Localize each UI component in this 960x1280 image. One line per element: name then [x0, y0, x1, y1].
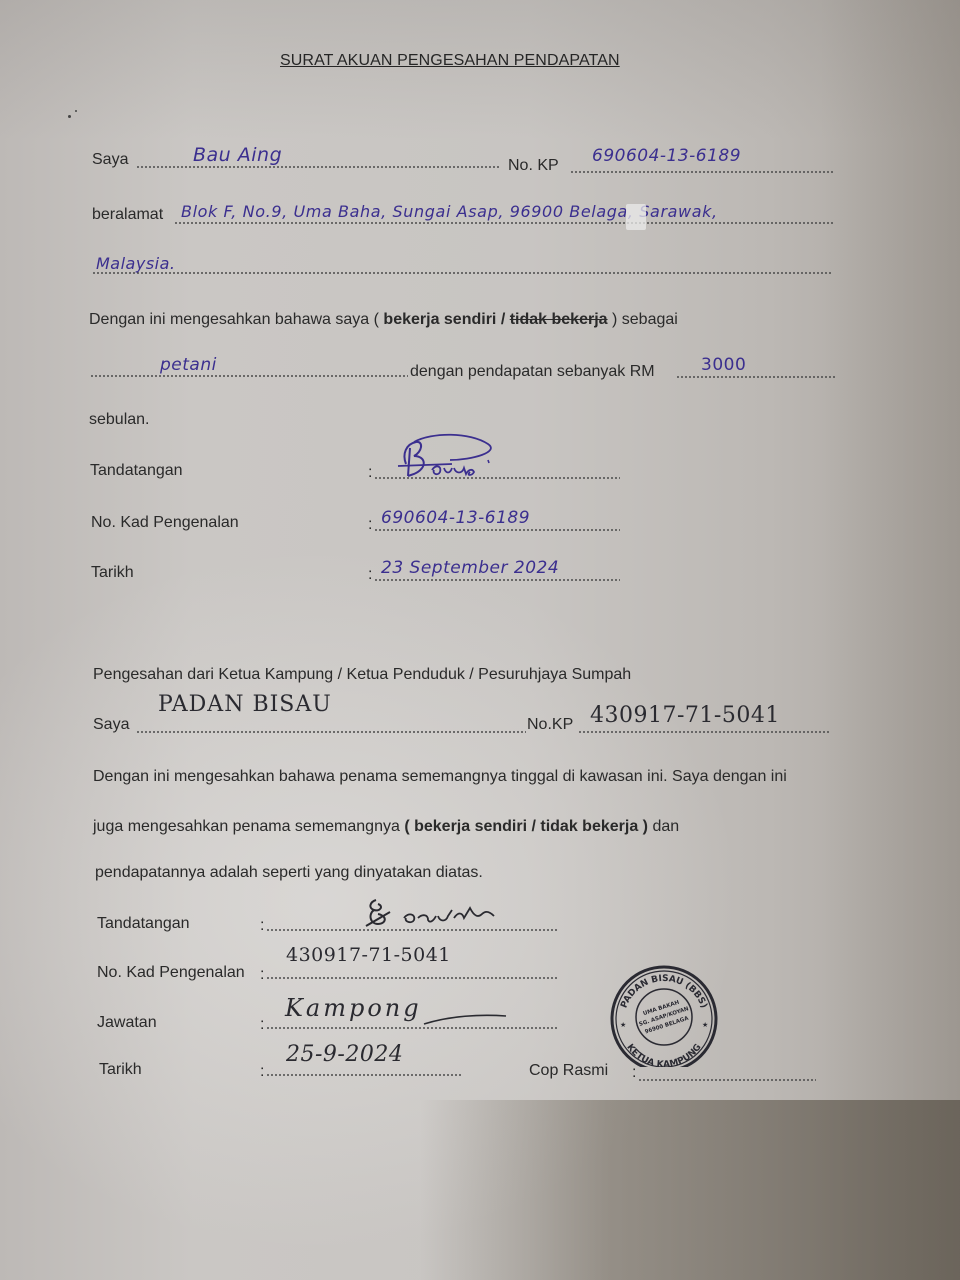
document-title: SURAT AKUAN PENGESAHAN PENDAPATAN — [280, 52, 620, 70]
verifier-kp-field[interactable]: 430917-71-5041 — [590, 703, 780, 728]
declaration-suffix: ) sebagai — [612, 311, 678, 328]
applicant-name-line — [136, 166, 500, 168]
applicant-saya-label: Saya — [92, 151, 128, 169]
verifier-saya-label: Saya — [93, 716, 129, 734]
verifier-signature-field[interactable] — [360, 896, 510, 932]
colon: : — [368, 516, 372, 534]
applicant-ic-label: No. Kad Pengenalan — [91, 514, 239, 532]
verifier-kp-line — [578, 731, 830, 733]
verifier-date-field[interactable]: 25-9-2024 — [286, 1042, 403, 1067]
verifier-ic-label: No. Kad Pengenalan — [97, 964, 245, 982]
applicant-kp-field[interactable]: 690604-13-6189 — [592, 146, 741, 166]
applicant-ic-field[interactable]: 690604-13-6189 — [381, 508, 530, 528]
lighting-shade-top — [0, 0, 960, 140]
applicant-signature-field[interactable] — [392, 430, 502, 486]
income-line — [676, 376, 836, 378]
para2-prefix: juga mengesahkan penama sememangnya — [93, 818, 400, 835]
option-self-employed[interactable]: bekerja sendiri — [383, 311, 496, 328]
applicant-date-line — [374, 579, 620, 581]
verifier-employment-options[interactable]: ( bekerja sendiri / tidak bekerja ) — [404, 818, 648, 835]
applicant-address-line2 — [92, 272, 832, 274]
ink-smudge — [68, 110, 80, 120]
correction-fluid-mark — [626, 204, 646, 230]
stamp-star-right: ★ — [702, 1021, 708, 1029]
verifier-heading: Pengesahan dari Ketua Kampung / Ketua Pe… — [93, 666, 631, 684]
option-separator: / — [496, 311, 509, 328]
verifier-name-line — [136, 731, 526, 733]
applicant-name-field[interactable]: Bau Aing — [193, 144, 282, 166]
per-month-label: sebulan. — [89, 411, 150, 429]
verifier-position-line — [266, 1027, 558, 1029]
verifier-date-label: Tarikh — [99, 1061, 142, 1079]
income-label: dengan pendapatan sebanyak RM — [410, 363, 655, 381]
pen-stroke-flourish — [420, 1010, 510, 1030]
verifier-paragraph-1: Dengan ini mengesahkan bahawa penama sem… — [93, 768, 787, 786]
applicant-date-label: Tarikh — [91, 564, 134, 582]
verifier-ic-field[interactable]: 430917-71-5041 — [286, 944, 451, 966]
occupation-line — [90, 375, 408, 377]
colon: : — [260, 1016, 264, 1034]
verifier-ic-line — [266, 977, 558, 979]
applicant-signature-label: Tandatangan — [90, 462, 183, 480]
colon: : — [260, 1063, 264, 1081]
verifier-name-field[interactable]: PADAN BISAU — [158, 692, 332, 717]
stamp-star-left: ★ — [620, 1021, 626, 1029]
verifier-date-line — [266, 1074, 461, 1076]
lighting-shade-bottom — [420, 1100, 960, 1280]
applicant-declaration: Dengan ini mengesahkan bahawa saya ( bek… — [89, 311, 678, 329]
applicant-date-field[interactable]: 23 September 2024 — [381, 558, 559, 578]
para2-suffix: dan — [652, 818, 679, 835]
colon: : — [260, 917, 264, 935]
lighting-shade-right — [820, 0, 960, 1280]
occupation-field[interactable]: petani — [160, 355, 217, 375]
applicant-kp-label: No. KP — [508, 157, 559, 175]
applicant-address-label: beralamat — [92, 206, 163, 224]
income-field[interactable]: 3000 — [701, 355, 746, 375]
applicant-ic-line — [374, 529, 620, 531]
colon: : — [368, 566, 372, 584]
verifier-kp-label: No.KP — [527, 716, 573, 734]
applicant-address-field-line2[interactable]: Malaysia. — [96, 254, 176, 273]
declaration-prefix: Dengan ini mengesahkan bahawa saya ( — [89, 311, 379, 328]
verifier-paragraph-3: pendapatannya adalah seperti yang dinyat… — [95, 864, 483, 882]
applicant-kp-line — [570, 171, 835, 173]
colon: : — [260, 966, 264, 984]
verifier-position-label: Jawatan — [97, 1014, 157, 1032]
official-stamp: PADAN BISAU (BBS) KETUA KAMPUNG UMA BAKA… — [606, 965, 722, 1067]
official-stamp-line — [638, 1079, 816, 1081]
verifier-signature-label: Tandatangan — [97, 915, 190, 933]
verifier-position-field[interactable]: Kampong — [285, 994, 422, 1022]
colon: : — [368, 464, 372, 482]
option-unemployed-struck[interactable]: tidak bekerja — [510, 311, 608, 328]
official-stamp-label: Cop Rasmi — [529, 1062, 608, 1080]
applicant-address-line1 — [174, 222, 834, 224]
verifier-paragraph-2: juga mengesahkan penama sememangnya ( be… — [93, 818, 679, 836]
